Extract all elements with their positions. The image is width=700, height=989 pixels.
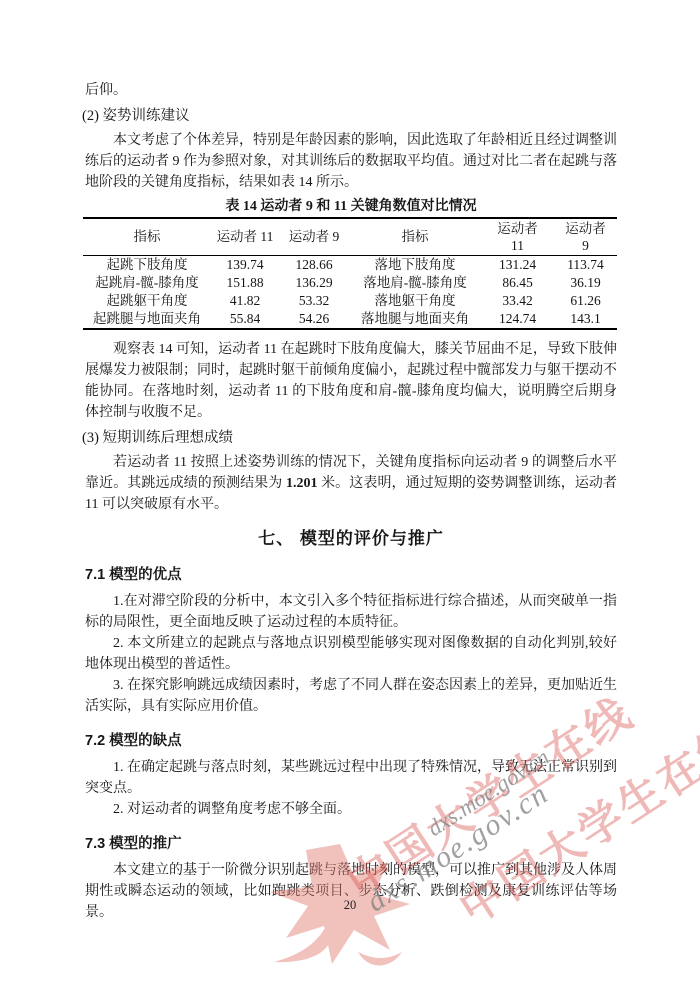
cell-value: 143.1 [554,310,617,329]
cell-value: 139.74 [211,255,279,274]
section71-heading: 7.1 模型的优点 [85,565,617,585]
document-page: { "content": { "opening_line": "后仰。", "i… [0,0,700,989]
col-header-indicator-landing: 指标 [349,218,481,255]
cell-value: 131.24 [481,255,554,274]
drawback-item: 1. 在确定起跳与落点时刻，某些跳远过程中出现了特殊情况，导致无法正常识别到突变… [85,757,617,799]
cell-value: 53.32 [279,292,349,310]
angle-comparison-table: 指标 运动者 11 运动者 9 指标 运动者 11 运动者 9 起跳下肢角度 1… [83,217,617,330]
advantage-item: 2. 本文所建立的起跳点与落地点识别模型能够实现对图像数据的自动化判别,较好地体… [85,633,617,675]
table-row: 起跳腿与地面夹角 55.84 54.26 落地腿与地面夹角 124.74 143… [83,310,617,329]
paragraph-observation: 观察表 14 可知，运动者 11 在起跳时下肢角度偏大，膝关节屈曲不足，导致下肢… [85,339,617,423]
table-row: 起跳肩-髋-膝角度 151.88 136.29 落地肩-髋-膝角度 86.45 … [83,274,617,292]
paragraph-promotion: 本文建立的基于一阶微分识别起跳与落地时刻的模型，可以推广到其他涉及人体周期性或瞬… [85,860,617,923]
paragraph-prediction: 若运动者 11 按照上述姿势训练的情况下，关键角度指标向运动者 9 的调整后水平… [85,452,617,515]
col-header-indicator-takeoff: 指标 [83,218,211,255]
advantage-item: 1.在对滞空阶段的分析中，本文引入多个特征指标进行综合描述，从而突破单一指标的局… [85,591,617,633]
cell-label: 起跳躯干角度 [83,292,211,310]
section72-heading: 7.2 模型的缺点 [85,731,617,751]
col-header-athlete11-takeoff: 运动者 11 [211,218,279,255]
cell-label: 落地下肢角度 [349,255,481,274]
cell-value: 33.42 [481,292,554,310]
item2-heading: (2) 姿势训练建议 [82,106,617,127]
section73-heading: 7.3 模型的推广 [85,834,617,854]
predicted-result-value: 1.201 [286,476,318,491]
cell-label: 落地躯干角度 [349,292,481,310]
cell-label: 落地腿与地面夹角 [349,310,481,329]
cell-value: 41.82 [211,292,279,310]
section7-heading: 七、 模型的评价与推广 [85,527,617,551]
page-number: 20 [0,898,700,913]
cell-label: 起跳肩-髋-膝角度 [83,274,211,292]
cell-value: 113.74 [554,255,617,274]
cell-value: 36.19 [554,274,617,292]
table-row: 起跳下肢角度 139.74 128.66 落地下肢角度 131.24 113.7… [83,255,617,274]
table-header-row: 指标 运动者 11 运动者 9 指标 运动者 11 运动者 9 [83,218,617,255]
cell-value: 124.74 [481,310,554,329]
cell-value: 86.45 [481,274,554,292]
table-row: 起跳躯干角度 41.82 53.32 落地躯干角度 33.42 61.26 [83,292,617,310]
col-header-athlete9-landing: 运动者 9 [554,218,617,255]
cell-value: 128.66 [279,255,349,274]
cell-label: 起跳下肢角度 [83,255,211,274]
paragraph-opening: 后仰。 [85,80,617,101]
cell-value: 136.29 [279,274,349,292]
col-header-athlete9-takeoff: 运动者 9 [279,218,349,255]
cell-value: 61.26 [554,292,617,310]
page-content: 后仰。 (2) 姿势训练建议 本文考虑了个体差异，特别是年龄因素的影响，因此选取… [0,0,700,989]
cell-value: 151.88 [211,274,279,292]
cell-label: 落地肩-髋-膝角度 [349,274,481,292]
cell-label: 起跳腿与地面夹角 [83,310,211,329]
drawback-item: 2. 对运动者的调整角度考虑不够全面。 [85,799,617,820]
cell-value: 55.84 [211,310,279,329]
col-header-athlete11-landing: 运动者 11 [481,218,554,255]
paragraph-training: 本文考虑了个体差异，特别是年龄因素的影响，因此选取了年龄相近且经过调整训练后的运… [85,130,617,193]
table-title: 表 14 运动者 9 和 11 关键角数值对比情况 [85,198,617,216]
cell-value: 54.26 [279,310,349,329]
advantage-item: 3. 在探究影响跳远成绩因素时，考虑了不同人群在姿态因素上的差异，更加贴近生活实… [85,675,617,717]
item3-heading: (3) 短期训练后理想成绩 [82,428,617,449]
